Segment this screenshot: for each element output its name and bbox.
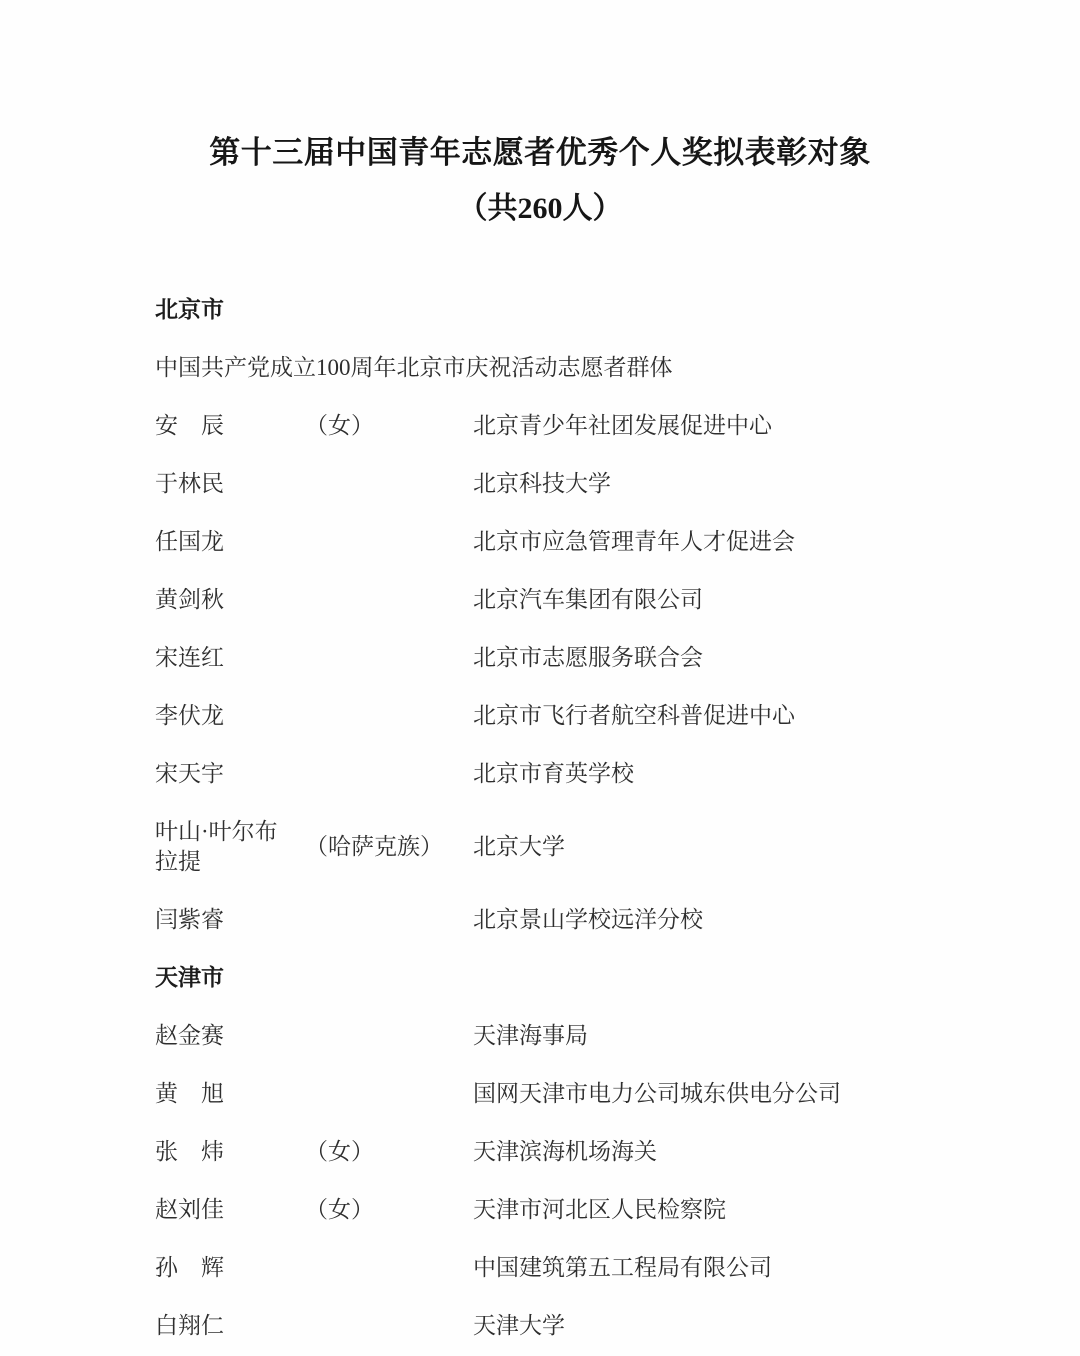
province-section: 北京市 中国共产党成立100周年北京市庆祝活动志愿者群体 安 辰 （女） 北京青… <box>155 295 960 935</box>
document-title: 第十三届中国青年志愿者优秀个人奖拟表彰对象 <box>0 0 1080 173</box>
recipient-name: 宋天宇 <box>155 759 297 789</box>
recipient-organization: 天津大学 <box>473 1311 960 1341</box>
document-body: 北京市 中国共产党成立100周年北京市庆祝活动志愿者群体 安 辰 （女） 北京青… <box>0 229 1080 1341</box>
recipient-organization: 北京青少年社团发展促进中心 <box>473 411 960 441</box>
recipient-name: 张 炜 <box>155 1137 297 1167</box>
group-entry: 中国共产党成立100周年北京市庆祝活动志愿者群体 <box>155 353 960 383</box>
recipient-name: 任国龙 <box>155 527 297 557</box>
province-heading: 北京市 <box>155 295 960 325</box>
recipient-name: 安 辰 <box>155 411 297 441</box>
recipient-note: （女） <box>305 1195 473 1225</box>
recipient-row: 赵金赛 天津海事局 <box>155 1021 960 1051</box>
province-heading: 天津市 <box>155 963 960 993</box>
recipient-note: （女） <box>305 411 473 441</box>
recipient-name: 宋连红 <box>155 643 297 673</box>
recipient-organization: 国网天津市电力公司城东供电分公司 <box>473 1079 960 1109</box>
recipient-row: 宋连红 北京市志愿服务联合会 <box>155 643 960 673</box>
recipient-name: 闫紫睿 <box>155 905 297 935</box>
recipient-organization: 天津市河北区人民检察院 <box>473 1195 960 1225</box>
recipient-row: 任国龙 北京市应急管理青年人才促进会 <box>155 527 960 557</box>
recipient-name: 黄剑秋 <box>155 585 297 615</box>
recipient-organization: 北京市飞行者航空科普促进中心 <box>473 701 960 731</box>
recipient-name: 于林民 <box>155 469 297 499</box>
recipient-name: 赵金赛 <box>155 1021 297 1051</box>
recipient-row: 李伏龙 北京市飞行者航空科普促进中心 <box>155 701 960 731</box>
recipient-row: 赵刘佳 （女） 天津市河北区人民检察院 <box>155 1195 960 1225</box>
recipient-row: 张 炜 （女） 天津滨海机场海关 <box>155 1137 960 1167</box>
document-page: 第十三届中国青年志愿者优秀个人奖拟表彰对象 （共260人） 北京市 中国共产党成… <box>0 0 1080 1356</box>
province-section: 天津市 赵金赛 天津海事局 黄 旭 国网天津市电力公司城东供电分公司 张 炜 （… <box>155 963 960 1341</box>
recipient-organization: 中国建筑第五工程局有限公司 <box>473 1253 960 1283</box>
recipient-row: 白翔仁 天津大学 <box>155 1311 960 1341</box>
recipient-organization: 北京科技大学 <box>473 469 960 499</box>
recipient-organization: 北京市应急管理青年人才促进会 <box>473 527 960 557</box>
recipient-organization: 天津滨海机场海关 <box>473 1137 960 1167</box>
recipient-note: （女） <box>305 1137 473 1167</box>
recipient-name: 孙 辉 <box>155 1253 297 1283</box>
recipient-row: 叶山·叶尔布拉提 （哈萨克族） 北京大学 <box>155 817 960 877</box>
recipient-row: 闫紫睿 北京景山学校远洋分校 <box>155 905 960 935</box>
recipient-organization: 天津海事局 <box>473 1021 960 1051</box>
recipient-organization: 北京景山学校远洋分校 <box>473 905 960 935</box>
recipient-row: 黄剑秋 北京汽车集团有限公司 <box>155 585 960 615</box>
recipient-name: 叶山·叶尔布拉提 <box>155 817 297 877</box>
recipient-organization: 北京市育英学校 <box>473 759 960 789</box>
recipient-name: 李伏龙 <box>155 701 297 731</box>
recipient-organization: 北京大学 <box>473 832 960 862</box>
recipient-note: （哈萨克族） <box>305 832 473 862</box>
recipient-row: 黄 旭 国网天津市电力公司城东供电分公司 <box>155 1079 960 1109</box>
recipient-row: 于林民 北京科技大学 <box>155 469 960 499</box>
recipient-organization: 北京汽车集团有限公司 <box>473 585 960 615</box>
recipient-name: 黄 旭 <box>155 1079 297 1109</box>
recipient-row: 安 辰 （女） 北京青少年社团发展促进中心 <box>155 411 960 441</box>
recipient-organization: 北京市志愿服务联合会 <box>473 643 960 673</box>
recipient-name: 白翔仁 <box>155 1311 297 1341</box>
recipient-row: 宋天宇 北京市育英学校 <box>155 759 960 789</box>
document-subtitle: （共260人） <box>0 189 1080 229</box>
recipient-name: 赵刘佳 <box>155 1195 297 1225</box>
recipient-row: 孙 辉 中国建筑第五工程局有限公司 <box>155 1253 960 1283</box>
